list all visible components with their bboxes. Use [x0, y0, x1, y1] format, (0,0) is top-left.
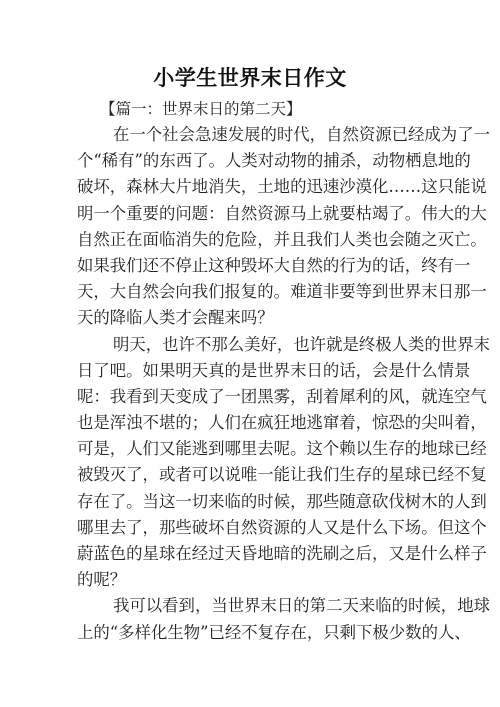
page-title: 小学生世界末日作文 — [0, 62, 500, 92]
text-line: 如果我们还不停止这种毁坏大自然的行为的话，终有一 — [77, 253, 427, 279]
text-line: 天的降临人类才会醒来吗？ — [77, 305, 427, 331]
essay-body: 在一个社会急速发展的时代，自然资源已经成为了一个“稀有”的东西了。人类对动物的捕… — [77, 122, 427, 646]
text-line: 明天，也许不那么美好，也许就是终极人类的世界末 — [77, 332, 427, 358]
section-heading: 【篇一：世界末日的第二天】 — [100, 97, 302, 119]
document-page: 小学生世界末日作文 【篇一：世界末日的第二天】 在一个社会急速发展的时代，自然资… — [0, 0, 500, 707]
text-line: 我可以看到，当世界末日的第二天来临的时候，地球 — [77, 593, 427, 619]
text-line: 被毁灭了，或者可以说唯一能让我们生存的星球已经不复 — [77, 462, 427, 488]
text-line: 破坏，森林大片地消失，土地的迅速沙漠化……这只能说 — [77, 174, 427, 200]
text-line: 个“稀有”的东西了。人类对动物的捕杀，动物栖息地的 — [77, 148, 427, 174]
text-line: 天，大自然会向我们报复的。难道非要等到世界末日那一 — [77, 279, 427, 305]
text-line: 呢：我看到天变成了一团黑雾，刮着犀利的风，就连空气 — [77, 384, 427, 410]
text-line: 在一个社会急速发展的时代，自然资源已经成为了一 — [77, 122, 427, 148]
text-line: 也是浑浊不堪的；人们在疯狂地逃窜着，惊恐的尖叫着， — [77, 410, 427, 436]
text-line: 上的“多样化生物”已经不复存在，只剩下极少数的人、 — [77, 620, 427, 646]
text-line: 自然正在面临消失的危险，并且我们人类也会随之灭亡。 — [77, 227, 427, 253]
text-line: 明一个重要的问题：自然资源马上就要枯竭了。伟大的大 — [77, 201, 427, 227]
text-line: 存在了。当这一切来临的时候，那些随意砍伐树木的人到 — [77, 489, 427, 515]
text-line: 的呢？ — [77, 567, 427, 593]
text-line: 蔚蓝色的星球在经过天昏地暗的洗刷之后，又是什么样子 — [77, 541, 427, 567]
text-line: 可是，人们又能逃到哪里去呢。这个赖以生存的地球已经 — [77, 436, 427, 462]
text-line: 日了吧。如果明天真的是世界末日的话，会是什么情景 — [77, 358, 427, 384]
text-line: 哪里去了，那些破坏自然资源的人又是什么下场。但这个 — [77, 515, 427, 541]
